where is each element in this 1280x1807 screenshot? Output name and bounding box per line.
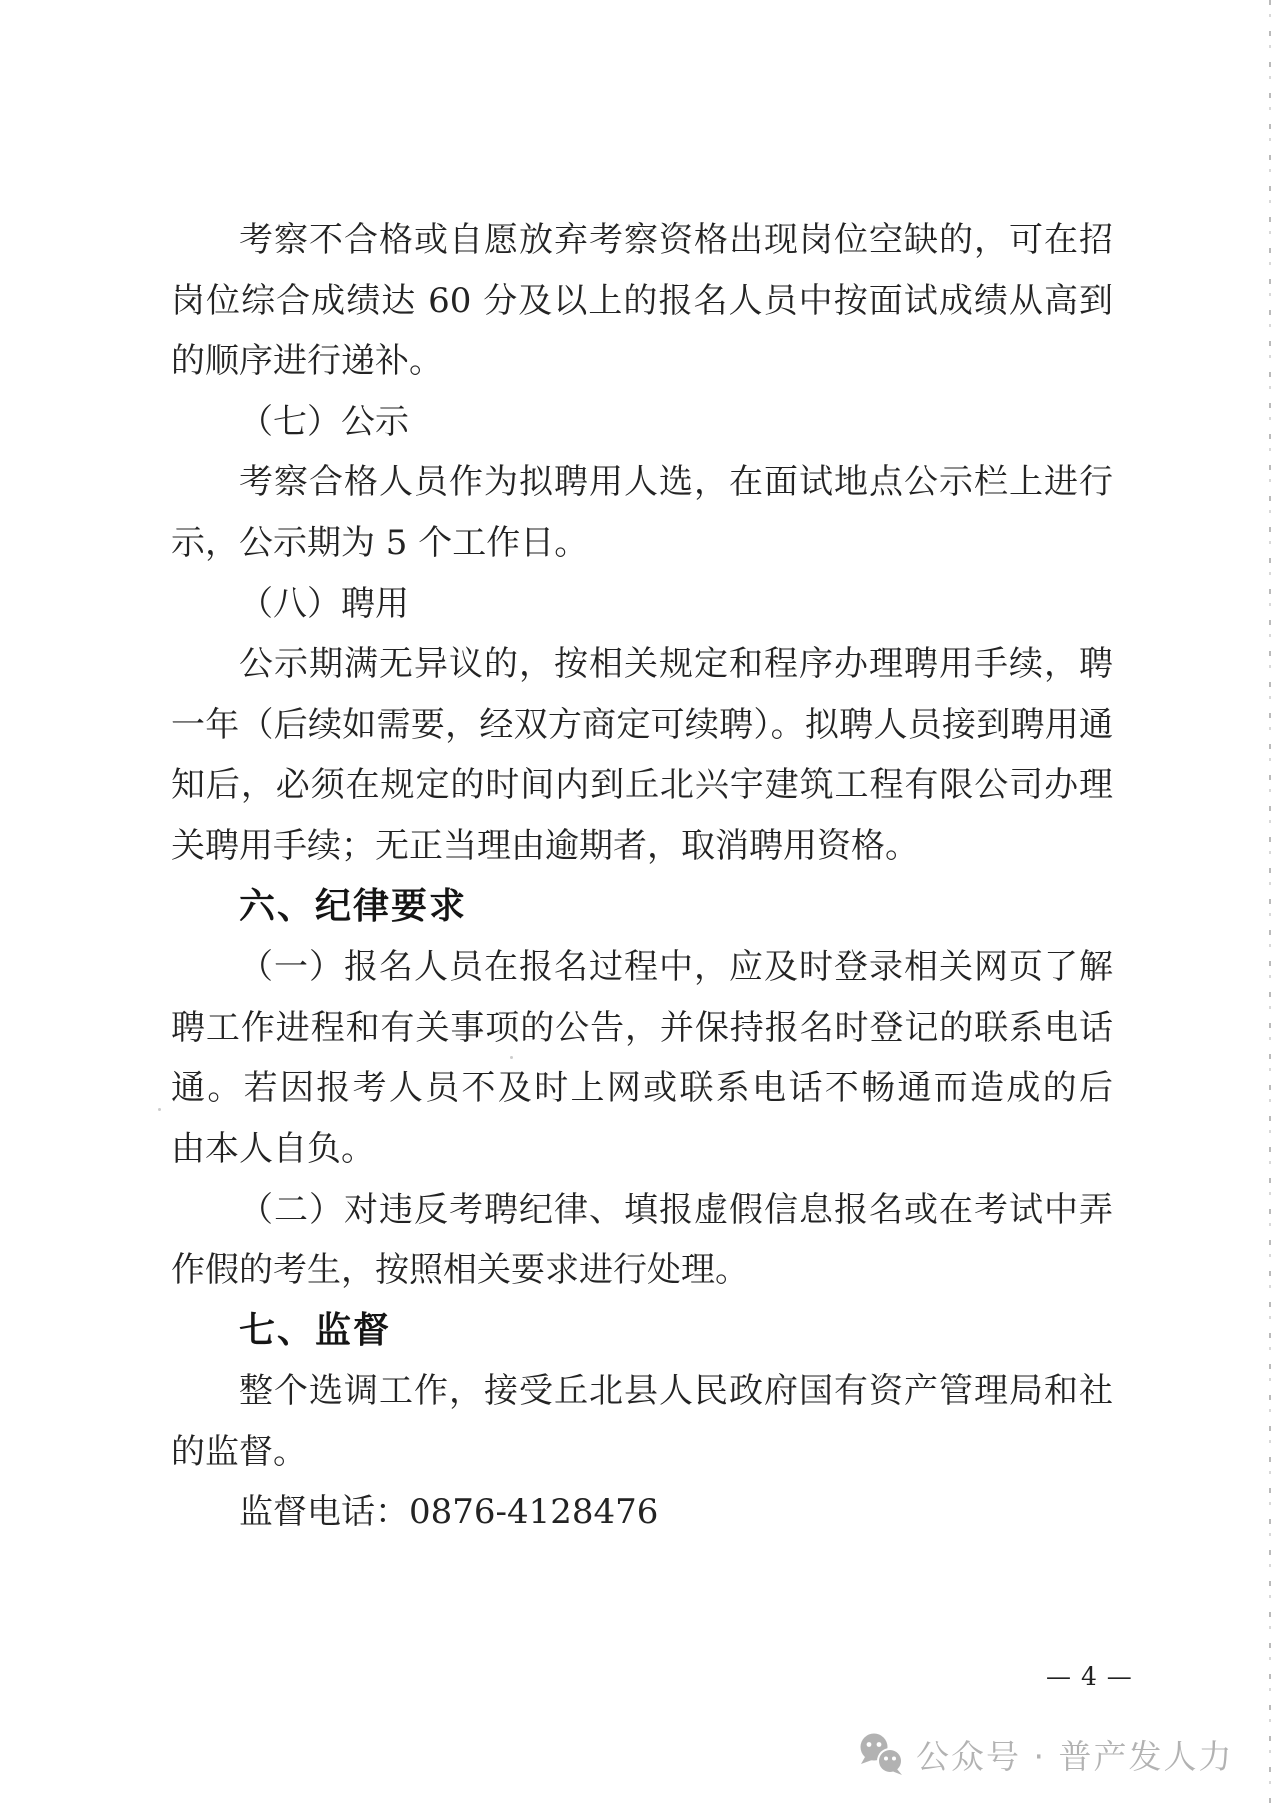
text-line: 岗位综合成绩达 60 分及以上的报名人员中按面试成绩从高到低 — [171, 271, 1113, 332]
scan-speck — [158, 1108, 161, 1111]
text-line: 聘工作进程和有关事项的公告，并保持报名时登记的联系电话畅 — [171, 998, 1113, 1059]
wechat-icon — [858, 1733, 906, 1777]
text-line: 一年（后续如需要，经双方商定可续聘）。拟聘人员接到聘用通 — [171, 695, 1113, 756]
scan-speck — [510, 1056, 513, 1059]
text-line: 监督电话：0876-4128476 — [171, 1482, 1113, 1543]
text-line: （一）报名人员在报名过程中，应及时登录相关网页了解招 — [171, 937, 1113, 998]
text-line: 知后，必须在规定的时间内到丘北兴宇建筑工程有限公司办理有 — [171, 755, 1113, 816]
text-line: （二）对违反考聘纪律、填报虚假信息报名或在考试中弄虚 — [171, 1180, 1113, 1241]
text-line: 关聘用手续；无正当理由逾期者，取消聘用资格。 — [171, 816, 1113, 877]
text-line: 的顺序进行递补。 — [171, 331, 1113, 392]
page-number: — 4 — — [1046, 1662, 1133, 1691]
scan-speck — [1093, 286, 1096, 289]
scan-artifact-dotted-line — [1269, 0, 1271, 1807]
text-line: （八）聘用 — [171, 574, 1113, 635]
text-line: 考察不合格或自愿放弃考察资格出现岗位空缺的，可在招聘 — [171, 210, 1113, 271]
text-line: 通。若因报考人员不及时上网或联系电话不畅通而造成的后果， — [171, 1058, 1113, 1119]
scanned-document-page: 考察不合格或自愿放弃考察资格出现岗位空缺的，可在招聘岗位综合成绩达 60 分及以… — [0, 0, 1280, 1807]
document-body: 考察不合格或自愿放弃考察资格出现岗位空缺的，可在招聘岗位综合成绩达 60 分及以… — [171, 210, 1113, 1543]
scan-speck — [366, 600, 370, 604]
text-line: （七）公示 — [171, 392, 1113, 453]
text-line: 作假的考生，按照相关要求进行处理。 — [171, 1240, 1113, 1301]
text-line: 示，公示期为 5 个工作日。 — [171, 513, 1113, 574]
section-heading: 七、监督 — [171, 1301, 1113, 1362]
text-line: 考察合格人员作为拟聘用人选，在面试地点公示栏上进行公 — [171, 452, 1113, 513]
text-line: 整个选调工作，接受丘北县人民政府国有资产管理局和社会 — [171, 1361, 1113, 1422]
wechat-watermark: 公众号 · 普产发人力 — [858, 1731, 1233, 1778]
section-heading: 六、纪律要求 — [171, 877, 1113, 938]
text-line: 的监督。 — [171, 1422, 1113, 1483]
text-line: 由本人自负。 — [171, 1119, 1113, 1180]
text-line: 公示期满无异议的，按相关规定和程序办理聘用手续，聘期 — [171, 634, 1113, 695]
watermark-label: 公众号 · 普产发人力 — [916, 1731, 1233, 1778]
